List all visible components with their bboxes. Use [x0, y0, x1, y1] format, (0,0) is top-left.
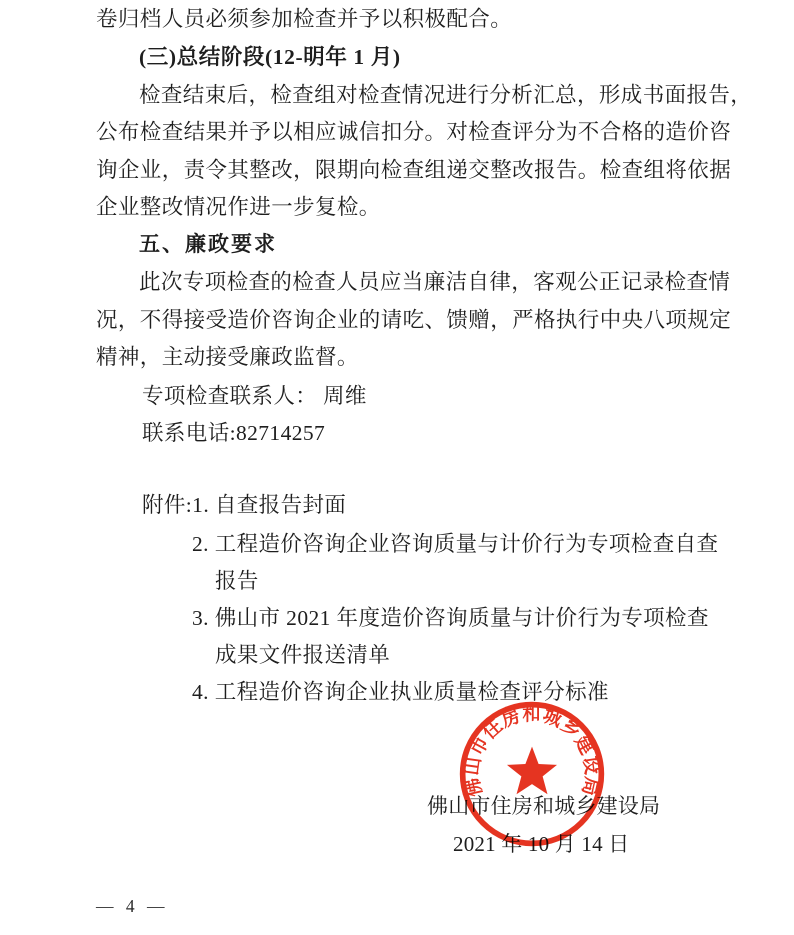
- body-line: 卷归档人员必须参加检查并予以积极配合。: [96, 5, 512, 33]
- body-line: 况，不得接受造价咨询企业的请吃、馈赠，严格执行中央八项规定: [96, 306, 731, 334]
- section-heading-3: (三)总结阶段(12-明年 1 月): [139, 43, 401, 71]
- body-line: 此次专项检查的检查人员应当廉洁自律，客观公正记录检查情: [139, 268, 730, 296]
- official-seal: 佛山市住房和城乡建设局: [451, 693, 613, 855]
- attachments-label-line: 附件:1. 自查报告封面: [142, 491, 346, 519]
- body-line: 公布检查结果并予以相应诚信扣分。对检查评分为不合格的造价咨: [96, 118, 731, 146]
- body-line: 询企业，责令其整改，限期向检查组递交整改报告。检查组将依据: [96, 156, 731, 184]
- attachment-continuation-line: 成果文件报送清单: [215, 641, 390, 669]
- attachment-item-line: 3. 佛山市 2021 年度造价咨询质量与计价行为专项检查: [192, 604, 709, 632]
- attachment-item-line: 2. 工程造价咨询企业咨询质量与计价行为专项检查自查: [192, 530, 718, 558]
- body-line: 企业整改情况作进一步复检。: [96, 193, 381, 221]
- attachment-continuation-line: 报告: [215, 567, 259, 595]
- body-line: 检查结束后，检查组对检查情况进行分析汇总，形成书面报告，: [139, 81, 752, 109]
- body-line: 精神，主动接受廉政监督。: [96, 343, 359, 371]
- star-icon: [507, 747, 557, 795]
- document-page: 卷归档人员必须参加检查并予以积极配合。 (三)总结阶段(12-明年 1 月) 检…: [0, 0, 794, 935]
- contact-person-line: 专项检查联系人： 周维: [142, 382, 367, 410]
- page-number: — 4 —: [96, 896, 169, 917]
- section-heading-5: 五、廉政要求: [139, 231, 277, 259]
- contact-phone-line: 联系电话:82714257: [142, 419, 325, 447]
